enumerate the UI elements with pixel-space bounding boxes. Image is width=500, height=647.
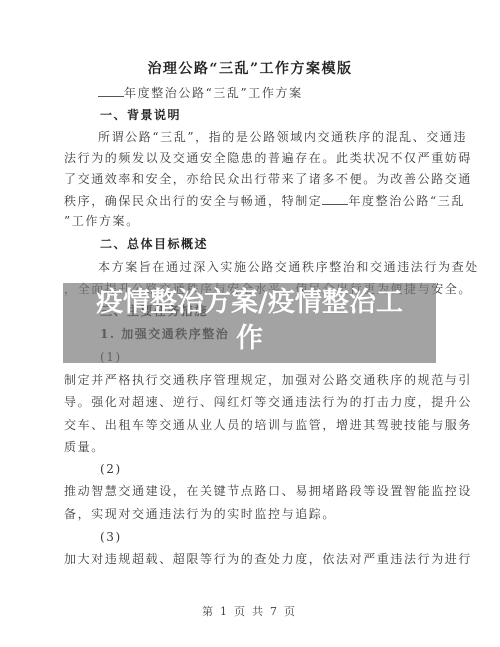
document-title: 治理公路“三乱”工作方案模版 — [0, 60, 500, 78]
paragraph-line: 所谓公路“三乱”，指的是公路领域内交通秩序的混乱、交通违 — [98, 129, 467, 145]
overlay-title-line-2: 作 — [63, 321, 436, 357]
total-pages-number: 7 — [270, 605, 280, 618]
paragraph-line: 秩序，确保民众出行的安全与畅通，特制定年度整治公路“三乱 — [64, 192, 465, 209]
year-blank — [322, 192, 348, 205]
year-blank — [98, 84, 124, 97]
document-subtitle: 年度整治公路“三乱”工作方案 — [98, 84, 303, 101]
paragraph-line: 制定并严格执行交通秩序管理规定，加强对公路交通秩序的规范与引 — [64, 372, 472, 388]
paragraph-line: ”工作方案。 — [64, 213, 140, 229]
paragraph-line: 交车、出租车等交通从业人员的培训与监管，增进其驾驶技能与服务 — [64, 417, 472, 433]
paragraph-line: 质量。 — [64, 439, 105, 455]
page-footer: 第1页共7页 — [0, 603, 500, 619]
section-heading-background: 一、背景说明 — [100, 107, 181, 123]
paragraph-line: 加大对违规超载、超限等行为的查处力度，依法对严重违法行为进行 — [64, 551, 472, 567]
paragraph-line: 推动智慧交通建设，在关键节点路口、易拥堵路段等设置智能监控设 — [64, 483, 472, 499]
overlay-title-line-1: 疫情整治方案/疫情整治工 — [63, 285, 436, 321]
paragraph-line: 导。强化对超速、逆行、闯红灯等交通违法行为的打击力度，提升公 — [64, 394, 472, 410]
item-label: (3) — [100, 529, 122, 545]
section-heading-objectives: 二、总体目标概述 — [100, 236, 208, 252]
paragraph-line: 法行为的频发以及交通安全隐患的普遍存在。此类状况不仅严重妨碍 — [64, 150, 472, 166]
current-page-number: 1 — [220, 605, 230, 618]
paragraph-line: 本方案旨在通过深入实施公路交通秩序整治和交通违法行为查处 — [98, 259, 479, 275]
item-label: (2) — [100, 461, 122, 477]
paragraph-line: 了交通效率和安全，亦给民众出行带来了诸多不便。为改善公路交通 — [64, 171, 472, 187]
overlay-title: 疫情整治方案/疫情整治工 作 — [63, 283, 436, 363]
paragraph-line: 备，实现对交通违法行为的实时监控与追踪。 — [64, 506, 336, 522]
